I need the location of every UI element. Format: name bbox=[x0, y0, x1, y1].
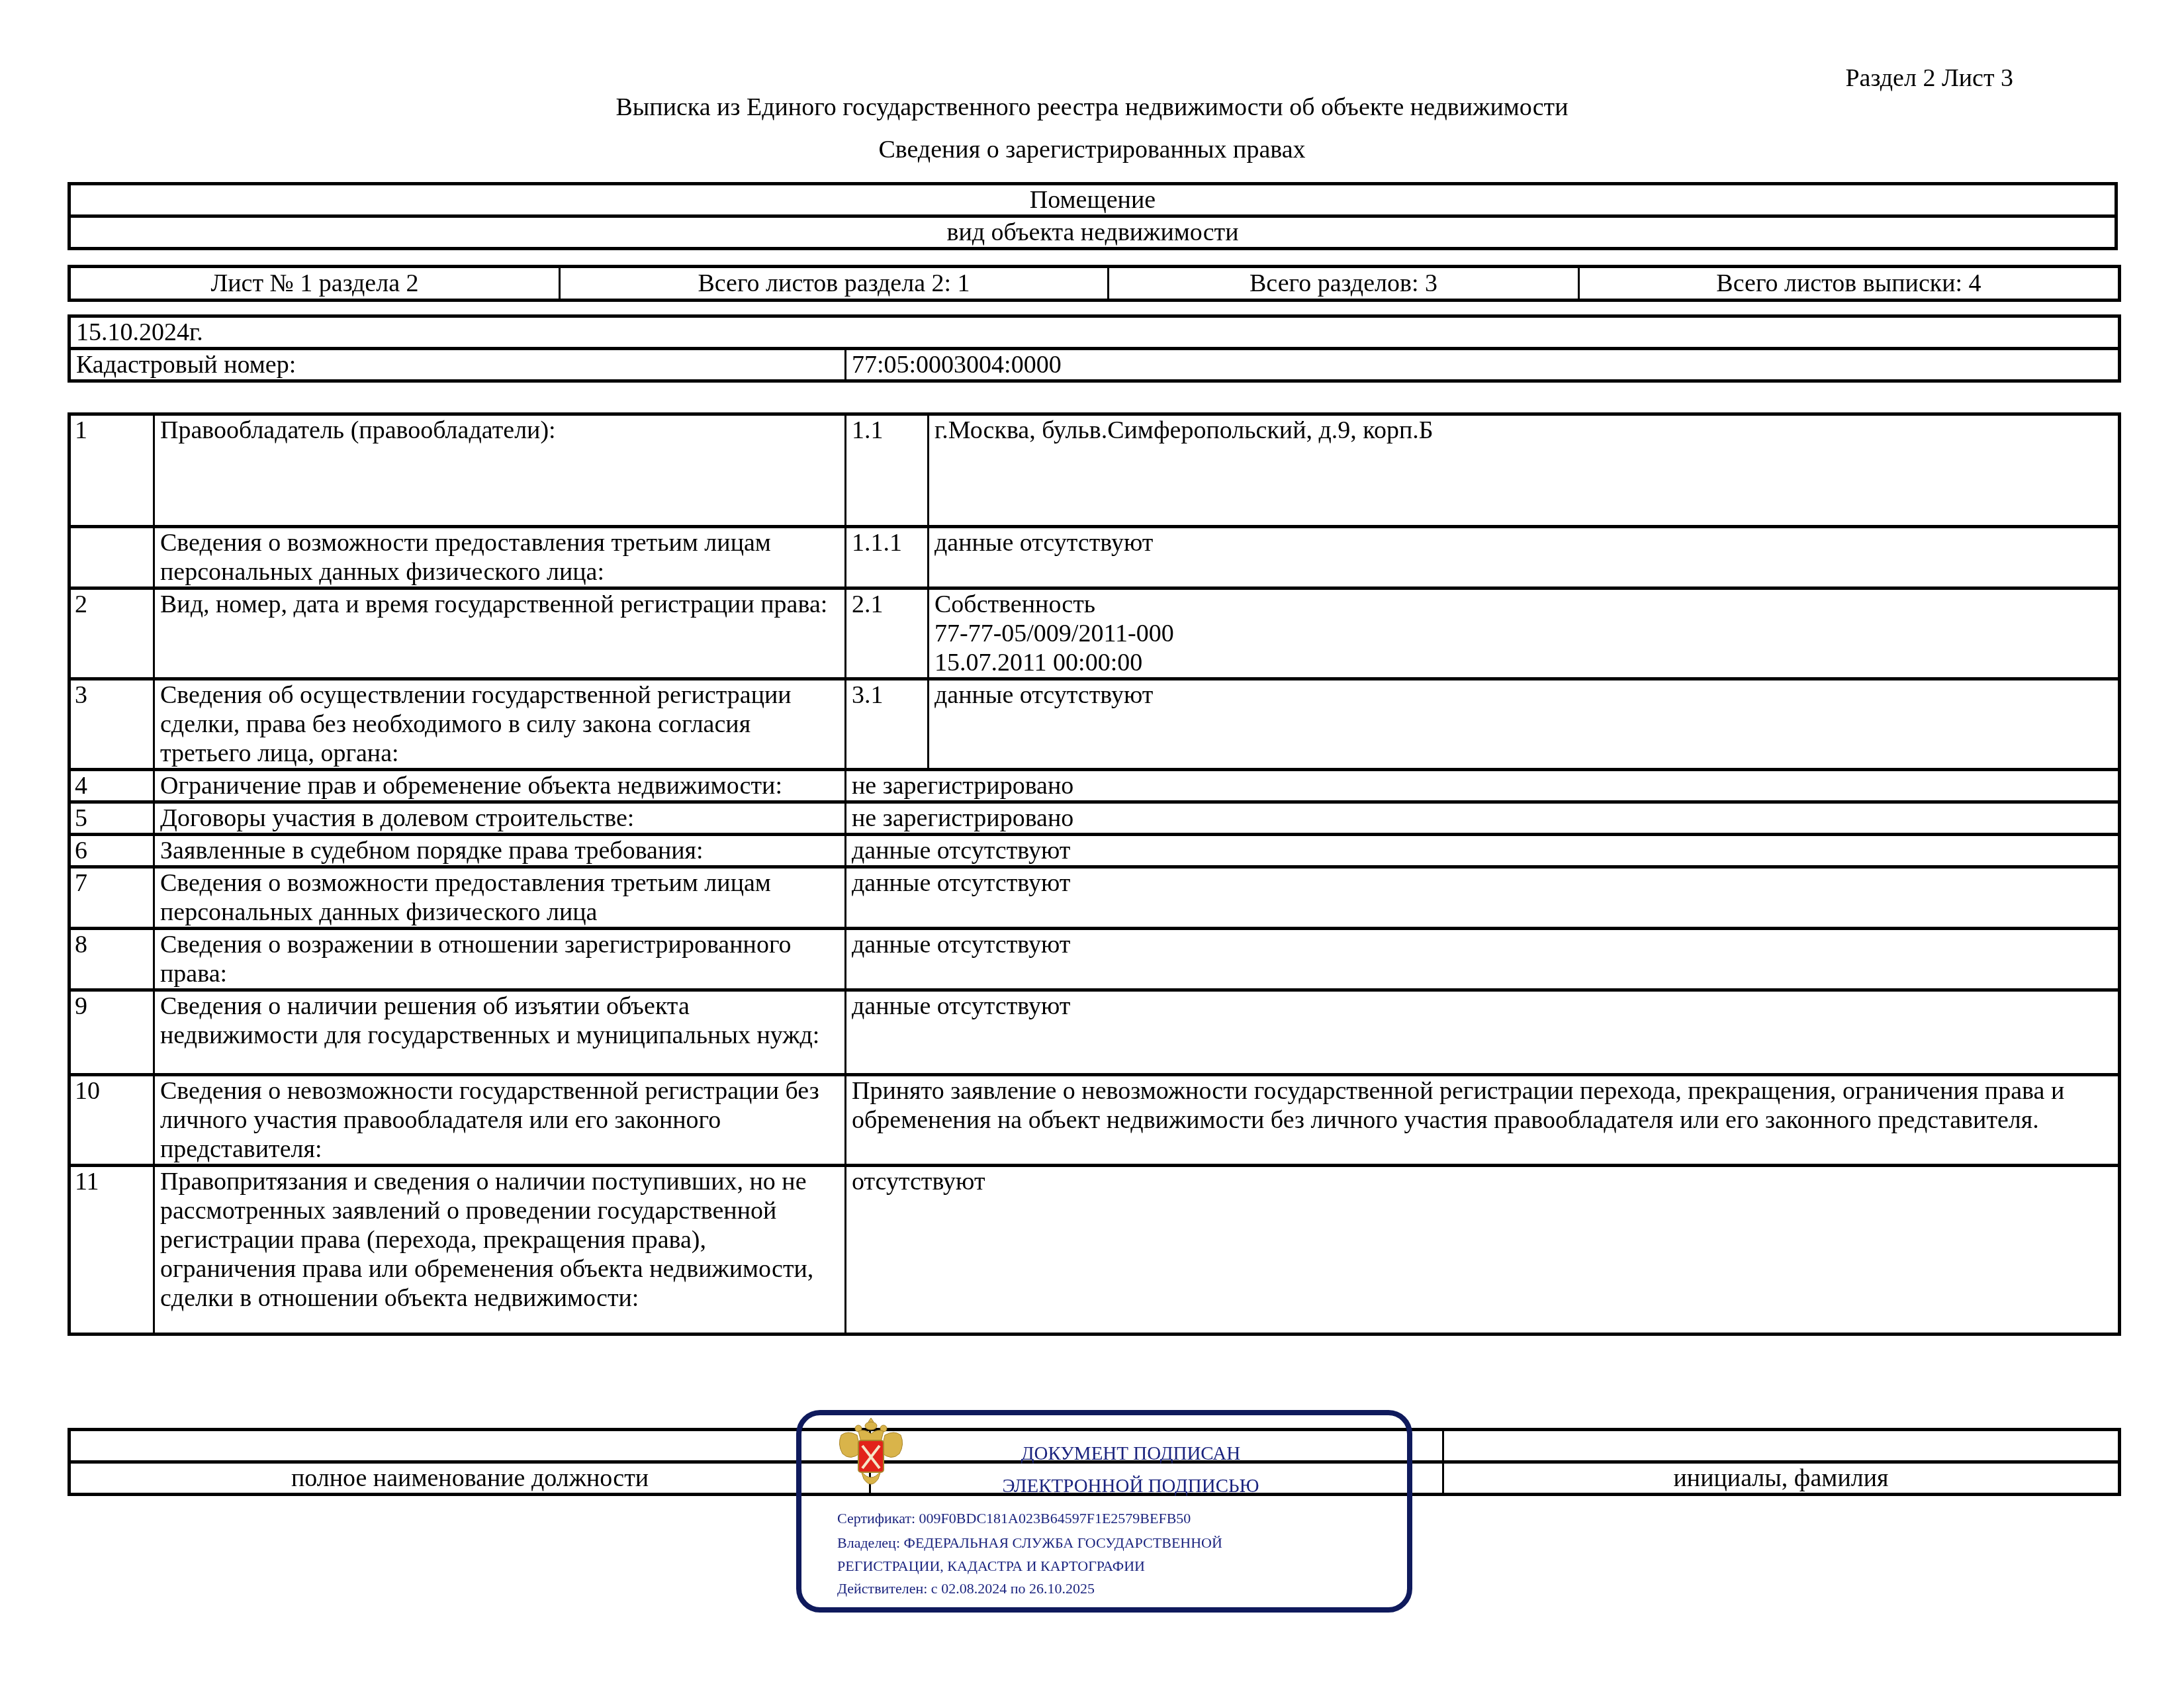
table-row: Сведения о возможности предоставления тр… bbox=[69, 527, 2120, 588]
document-title: Выписка из Единого государственного реес… bbox=[0, 93, 2184, 122]
position-caption: полное наименование должности bbox=[69, 1462, 870, 1495]
row-label: Сведения о возможности предоставления тр… bbox=[154, 867, 846, 929]
row-value: данные отсутствуют bbox=[846, 929, 2120, 990]
position-field bbox=[69, 1430, 870, 1462]
row-number: 7 bbox=[69, 867, 154, 929]
electronic-signature-stamp: ДОКУМЕНТ ПОДПИСАН ЭЛЕКТРОННОЙ ПОДПИСЬЮ С… bbox=[796, 1410, 1412, 1613]
row-number: 1 bbox=[69, 414, 154, 527]
row-subnumber: 3.1 bbox=[846, 679, 929, 770]
row-label: Правообладатель (правообладатели): bbox=[154, 414, 846, 527]
cadastral-label: Кадастровый номер: bbox=[69, 349, 846, 381]
table-row: 4Ограничение прав и обременение объекта … bbox=[69, 770, 2120, 802]
row-value: г.Москва, бульв.Симферопольский, д.9, ко… bbox=[929, 414, 2120, 527]
rights-table: 1Правообладатель (правообладатели):1.1г.… bbox=[68, 412, 2121, 1336]
table-row: 1Правообладатель (правообладатели):1.1г.… bbox=[69, 414, 2120, 527]
row-number: 2 bbox=[69, 588, 154, 679]
name-caption: инициалы, фамилия bbox=[1443, 1462, 2120, 1495]
row-label: Сведения о невозможности государственной… bbox=[154, 1075, 846, 1166]
object-type: Помещение bbox=[69, 184, 2116, 216]
total-sheets: Всего листов выписки: 4 bbox=[1579, 267, 2120, 301]
table-row: 10Сведения о невозможности государственн… bbox=[69, 1075, 2120, 1166]
stamp-signed-line2: ЭЛЕКТРОННОЙ ПОДПИСЬЮ bbox=[801, 1476, 1407, 1497]
stamp-signed-line1: ДОКУМЕНТ ПОДПИСАН bbox=[801, 1443, 1407, 1464]
row-label: Заявленные в судебном порядке права треб… bbox=[154, 835, 846, 867]
section-sheets-count: Всего листов раздела 2: 1 bbox=[560, 267, 1109, 301]
row-label: Сведения о возможности предоставления тр… bbox=[154, 527, 846, 588]
cadastral-number: 77:05:0003004:0000 bbox=[846, 349, 2120, 381]
row-value: данные отсутствуют bbox=[846, 990, 2120, 1075]
section-sheet-label: Раздел 2 Лист 3 bbox=[1845, 64, 2013, 93]
stamp-validity: Действителен: с 02.08.2024 по 26.10.2025 bbox=[837, 1580, 1095, 1597]
row-label: Сведения об осуществлении государственно… bbox=[154, 679, 846, 770]
row-value: не зарегистрировано bbox=[846, 770, 2120, 802]
table-row: 11Правопритязания и сведения о наличии п… bbox=[69, 1166, 2120, 1335]
row-value: данные отсутствуют bbox=[846, 835, 2120, 867]
table-row: 9Сведения о наличии решения об изъятии о… bbox=[69, 990, 2120, 1075]
row-label: Сведения о наличии решения об изъятии об… bbox=[154, 990, 846, 1075]
table-row: 5Договоры участия в долевом строительств… bbox=[69, 802, 2120, 835]
row-label: Договоры участия в долевом строительстве… bbox=[154, 802, 846, 835]
object-type-box: Помещение вид объекта недвижимости bbox=[68, 182, 2118, 250]
object-type-caption: вид объекта недвижимости bbox=[69, 216, 2116, 249]
table-row: 3Сведения об осуществлении государственн… bbox=[69, 679, 2120, 770]
row-subnumber: 1.1.1 bbox=[846, 527, 929, 588]
name-field bbox=[1443, 1430, 2120, 1462]
row-number: 8 bbox=[69, 929, 154, 990]
total-sections: Всего разделов: 3 bbox=[1109, 267, 1579, 301]
row-number: 9 bbox=[69, 990, 154, 1075]
row-number: 10 bbox=[69, 1075, 154, 1166]
table-row: 7Сведения о возможности предоставления т… bbox=[69, 867, 2120, 929]
table-row: 2Вид, номер, дата и время государственно… bbox=[69, 588, 2120, 679]
stamp-owner-line1: Владелец: ФЕДЕРАЛЬНАЯ СЛУЖБА ГОСУДАРСТВЕ… bbox=[837, 1534, 1222, 1552]
row-value: Собственность 77-77-05/009/2011-000 15.0… bbox=[929, 588, 2120, 679]
row-number: 3 bbox=[69, 679, 154, 770]
stamp-owner-line2: РЕГИСТРАЦИИ, КАДАСТРА И КАРТОГРАФИИ bbox=[837, 1558, 1145, 1575]
row-number bbox=[69, 527, 154, 588]
row-value: данные отсутствуют bbox=[846, 867, 2120, 929]
document-subtitle: Сведения о зарегистрированных правах bbox=[0, 135, 2184, 164]
row-value: отсутствуют bbox=[846, 1166, 2120, 1335]
row-label: Правопритязания и сведения о наличии пос… bbox=[154, 1166, 846, 1335]
row-value: данные отсутствуют bbox=[929, 527, 2120, 588]
sheet-number: Лист № 1 раздела 2 bbox=[69, 267, 560, 301]
row-number: 4 bbox=[69, 770, 154, 802]
table-row: 6Заявленные в судебном порядке права тре… bbox=[69, 835, 2120, 867]
extract-date: 15.10.2024г. bbox=[69, 316, 2120, 349]
row-number: 11 bbox=[69, 1166, 154, 1335]
row-label: Сведения о возражении в отношении зареги… bbox=[154, 929, 846, 990]
row-number: 6 bbox=[69, 835, 154, 867]
row-value: данные отсутствуют bbox=[929, 679, 2120, 770]
row-label: Ограничение прав и обременение объекта н… bbox=[154, 770, 846, 802]
row-value: Принято заявление о невозможности госуда… bbox=[846, 1075, 2120, 1166]
row-subnumber: 2.1 bbox=[846, 588, 929, 679]
cadastral-box: 15.10.2024г. Кадастровый номер: 77:05:00… bbox=[68, 314, 2121, 383]
sheet-info-box: Лист № 1 раздела 2 Всего листов раздела … bbox=[68, 265, 2121, 302]
stamp-certificate: Сертификат: 009F0BDC181A023B64597F1E2579… bbox=[837, 1510, 1191, 1527]
row-value: не зарегистрировано bbox=[846, 802, 2120, 835]
table-row: 8Сведения о возражении в отношении зарег… bbox=[69, 929, 2120, 990]
row-label: Вид, номер, дата и время государственной… bbox=[154, 588, 846, 679]
row-number: 5 bbox=[69, 802, 154, 835]
row-subnumber: 1.1 bbox=[846, 414, 929, 527]
